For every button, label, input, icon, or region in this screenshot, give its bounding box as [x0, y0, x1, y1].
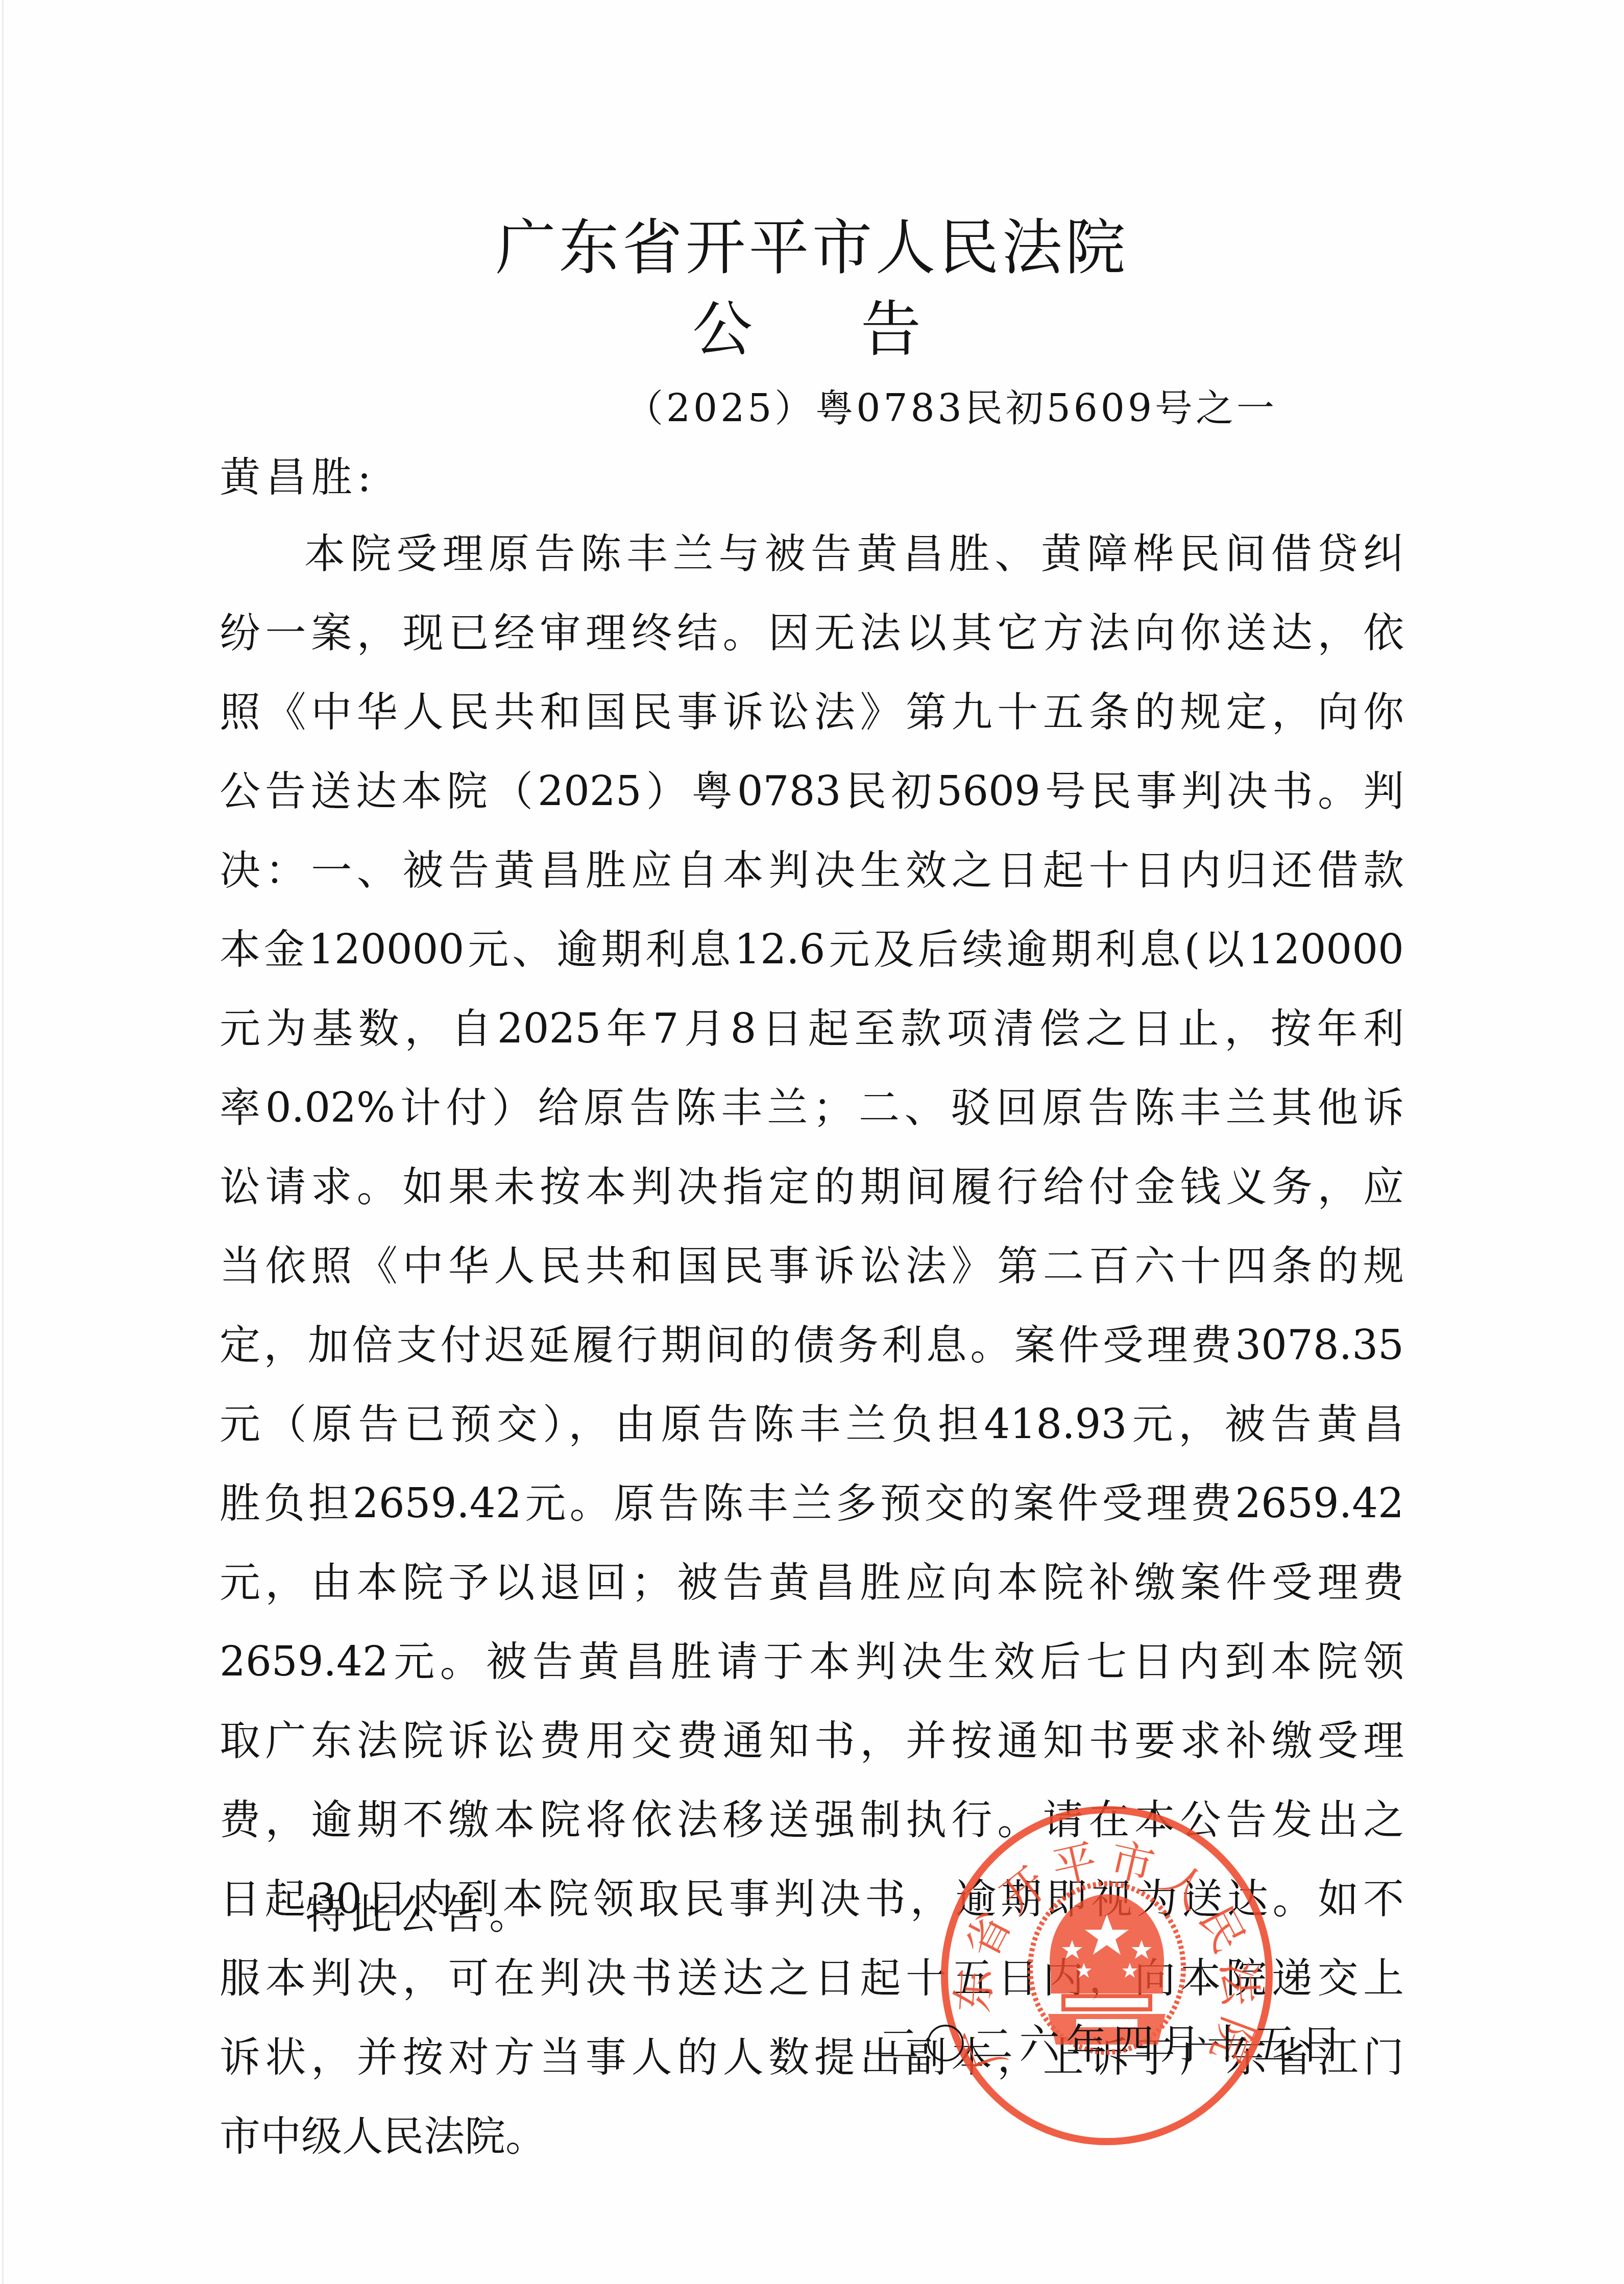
doc-type-char-1: 公 — [692, 294, 753, 365]
court-name-title: 广东省开平市人民法院 — [0, 212, 1624, 283]
body-line: 照《中华人民共和国民事诉讼法》第九十五条的规定，向你 — [220, 687, 1404, 766]
body-line: 纷一案，现已经审理终结。因无法以其它方法向你送达，依 — [220, 608, 1404, 687]
body-line: 定，加倍支付迟延履行期间的债务利息。案件受理费3078.35 — [220, 1320, 1404, 1399]
addressee: 黄昌胜: — [220, 452, 376, 503]
document-type-heading: 公告 — [692, 294, 922, 365]
body-line: 元，由本院予以退回；被告黄昌胜应向本院补缴案件受理费 — [220, 1557, 1404, 1636]
body-line: 讼请求。如果未按本判决指定的期间履行给付金钱义务，应 — [220, 1161, 1404, 1241]
body-line: 胜负担2659.42元。原告陈丰兰多预交的案件受理费2659.42 — [220, 1478, 1404, 1557]
court-seal-icon: 广东省开平市人民法院 — [938, 1805, 1275, 2147]
body-line: 率0.02%计付）给原告陈丰兰；二、驳回原告陈丰兰其他诉 — [220, 1082, 1404, 1161]
scan-edge — [2, 0, 4, 2284]
body-line: 元为基数，自2025年7月8日起至款项清偿之日止，按年利 — [220, 1003, 1404, 1082]
body-line: 元（原告已预交），由原告陈丰兰负担418.93元，被告黄昌 — [220, 1399, 1404, 1478]
case-number: （2025）粤0783民初5609号之一 — [625, 383, 1277, 434]
document-page: 广东省开平市人民法院 公告 （2025）粤0783民初5609号之一 黄昌胜: … — [0, 0, 1624, 2284]
issue-date: 二〇二六年四月十五日 — [878, 2019, 1348, 2070]
body-line: 本院受理原告陈丰兰与被告黄昌胜、黄障桦民间借贷纠 — [220, 528, 1404, 608]
body-line: 本金120000元、逾期利息12.6元及后续逾期利息(以120000 — [220, 924, 1404, 1003]
body-line: 当依照《中华人民共和国民事诉讼法》第二百六十四条的规 — [220, 1241, 1404, 1320]
body-line: 决：一、被告黄昌胜应自本判决生效之日起十日内归还借款 — [220, 845, 1404, 924]
body-line: 取广东法院诉讼费用交费通知书，并按通知书要求补缴受理 — [220, 1715, 1404, 1794]
closing-statement: 特此公告。 — [305, 1889, 535, 1940]
doc-type-char-2: 告 — [860, 294, 922, 365]
body-line: 公告送达本院（2025）粤0783民初5609号民事判决书。判 — [220, 766, 1404, 845]
body-line: 2659.42元。被告黄昌胜请于本判决生效后七日内到本院领 — [220, 1636, 1404, 1715]
